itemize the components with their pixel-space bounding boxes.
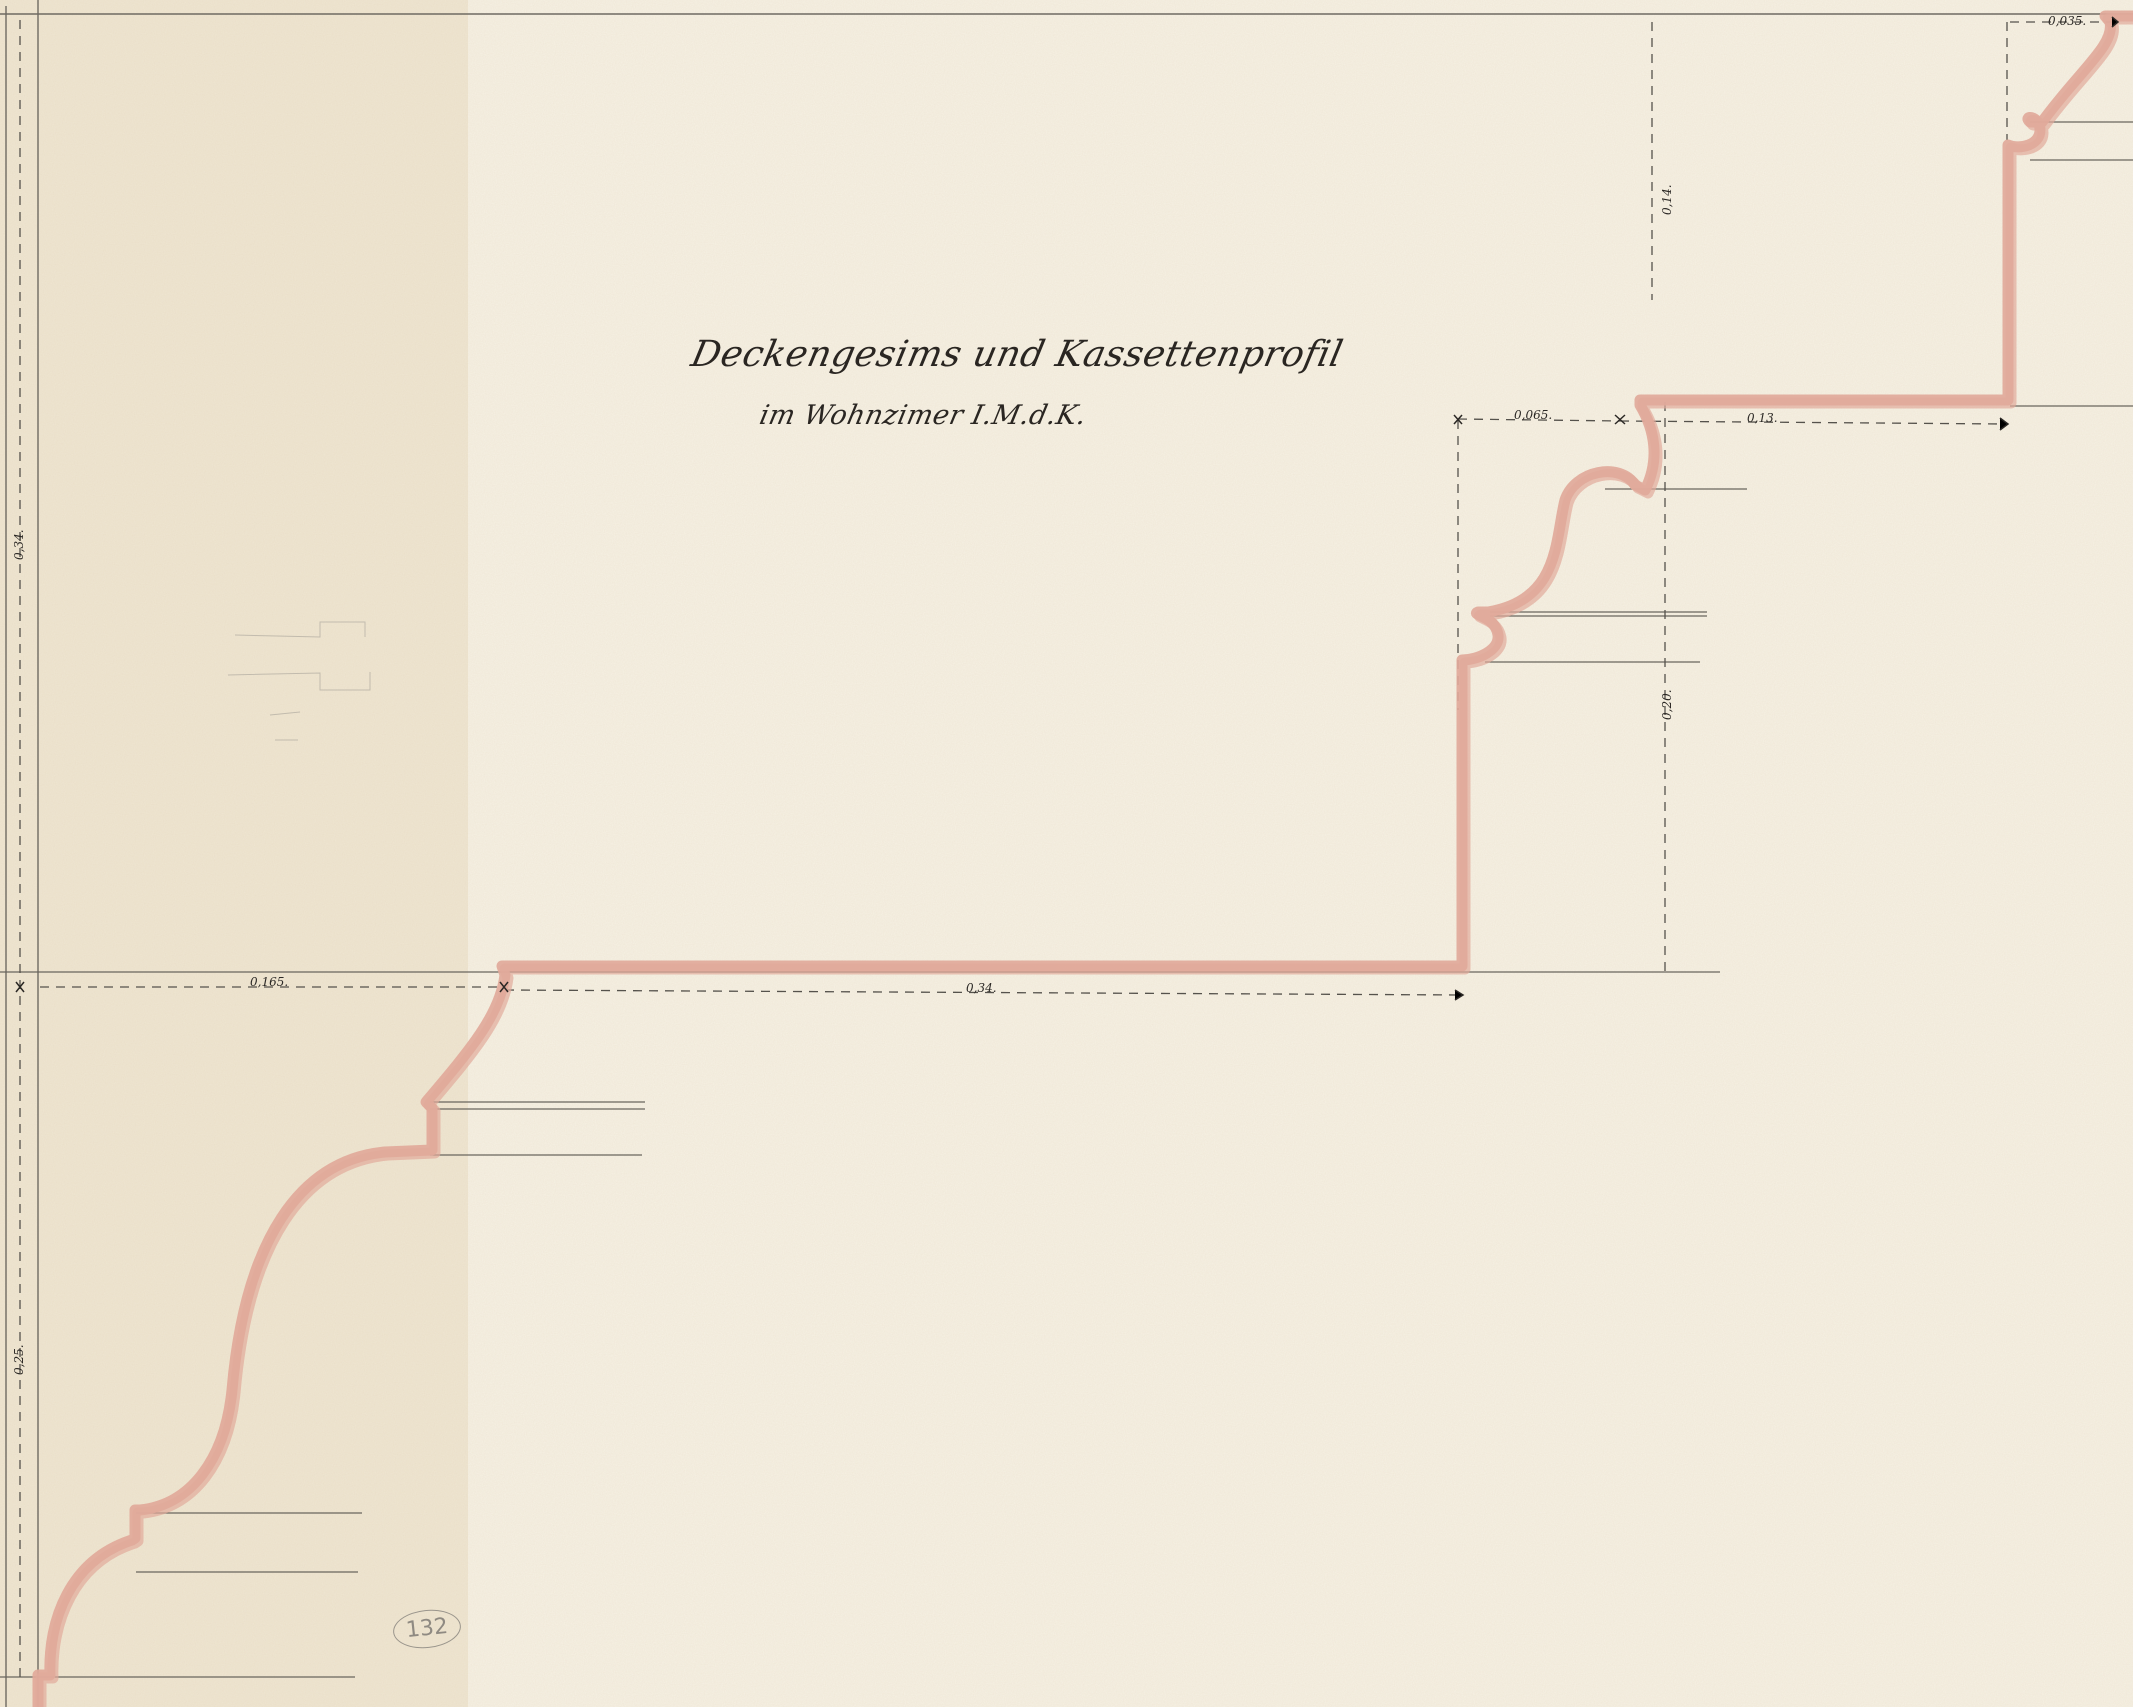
dimension-label-034: 0,34. [966, 981, 997, 995]
dimension-label-025: 0,25. [12, 1344, 26, 1375]
dimension-label-013: 0,13. [1747, 411, 1778, 425]
drawing-title: Deckengesims und Kassettenprofil [688, 334, 1347, 375]
dimension-label-014: 0,14. [1660, 184, 1674, 215]
drawing-sheet: Deckengesims und Kassettenprofil im Wohn… [0, 0, 2133, 1707]
dimension-label-020: 0,20. [1660, 689, 1674, 720]
paper-grain [0, 0, 2133, 1707]
dimension-label-034-vertical: 0,34. [12, 529, 26, 560]
dimension-label-0035: 0,035. [2048, 14, 2086, 28]
profile-drawing [0, 0, 2133, 1707]
dimension-label-0065: 0,065. [1514, 408, 1552, 422]
drawing-subtitle: im Wohnzimer I.M.d.K. [757, 400, 1090, 431]
dimension-label-0165: 0,165. [250, 975, 288, 989]
